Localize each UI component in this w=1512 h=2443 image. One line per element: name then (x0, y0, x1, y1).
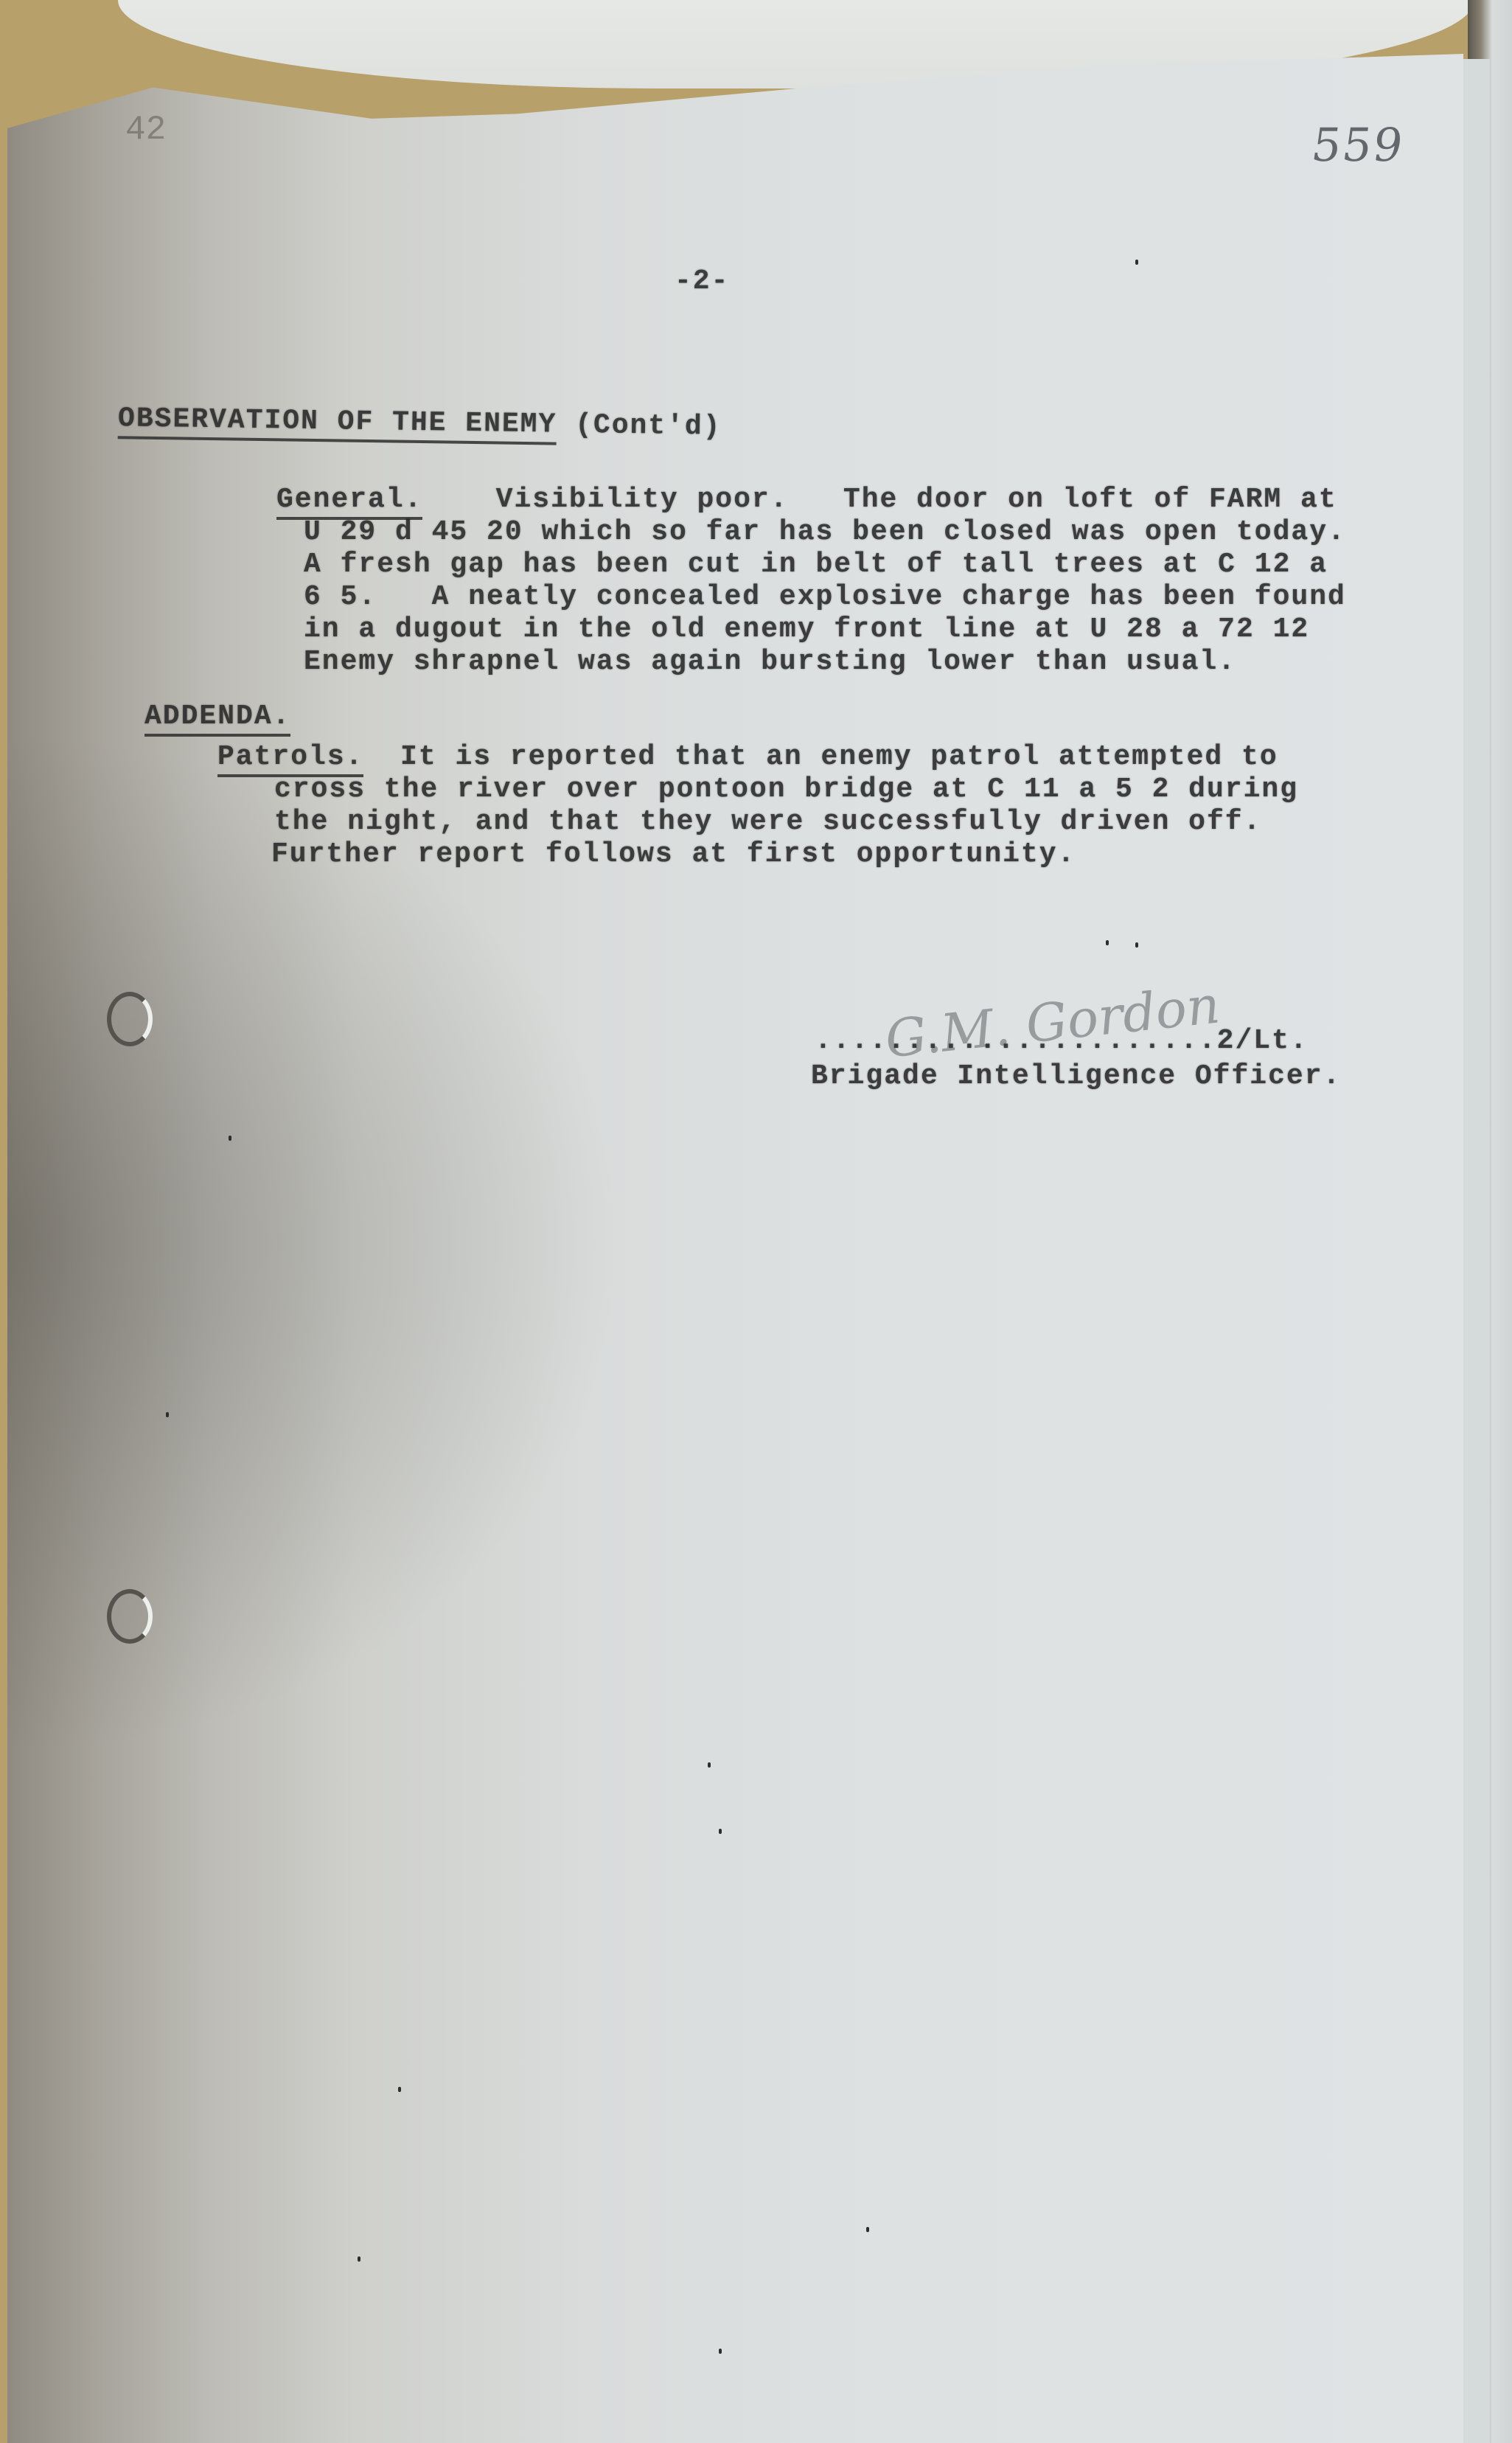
patrols-line: cross the river over pontoon bridge at C… (274, 774, 1298, 806)
corner-mark: 42 (125, 111, 166, 149)
speck (708, 1762, 711, 1768)
patrols-line: the night, and that they were successful… (274, 806, 1261, 838)
general-line: Visibility poor. The door on loft of FAR… (496, 484, 1337, 515)
punch-hole-top (107, 992, 153, 1046)
speck (1135, 942, 1138, 948)
section-heading: OBSERVATION OF THE ENEMY (118, 403, 557, 445)
general-label: General. (276, 484, 422, 520)
speck (719, 2349, 722, 2354)
general-line: in a dugout in the old enemy front line … (304, 614, 1309, 646)
addenda-heading: ADDENDA. (144, 701, 290, 737)
speck (166, 1412, 169, 1417)
speck (1135, 260, 1138, 265)
section-heading-suffix: (Cont'd) (575, 409, 722, 443)
patrols-label: Patrols. (217, 741, 363, 777)
general-line: A fresh gap has been cut in belt of tall… (304, 549, 1328, 581)
speck (866, 2227, 869, 2232)
folio-number: 559 (1309, 118, 1408, 172)
speck (358, 2256, 360, 2262)
patrols-line: Further report follows at first opportun… (271, 838, 1076, 871)
speck (1106, 940, 1109, 945)
general-line: U 29 d 45 20 which so far has been close… (304, 516, 1346, 549)
speck (398, 2087, 401, 2092)
punch-hole-bottom (107, 1589, 153, 1644)
patrols-line: It is reported that an enemy patrol atte… (400, 741, 1278, 773)
speck (719, 1829, 722, 1834)
speck (229, 1136, 231, 1141)
general-line: 6 5. A neatly concealed explosive charge… (304, 581, 1346, 614)
signatory-title: Brigade Intelligence Officer. (811, 1060, 1341, 1093)
signature-dots-rank: ......................2/Lt. (815, 1025, 1309, 1057)
general-line: Enemy shrapnel was again bursting lower … (304, 646, 1236, 678)
page-marker: -2- (675, 265, 729, 298)
